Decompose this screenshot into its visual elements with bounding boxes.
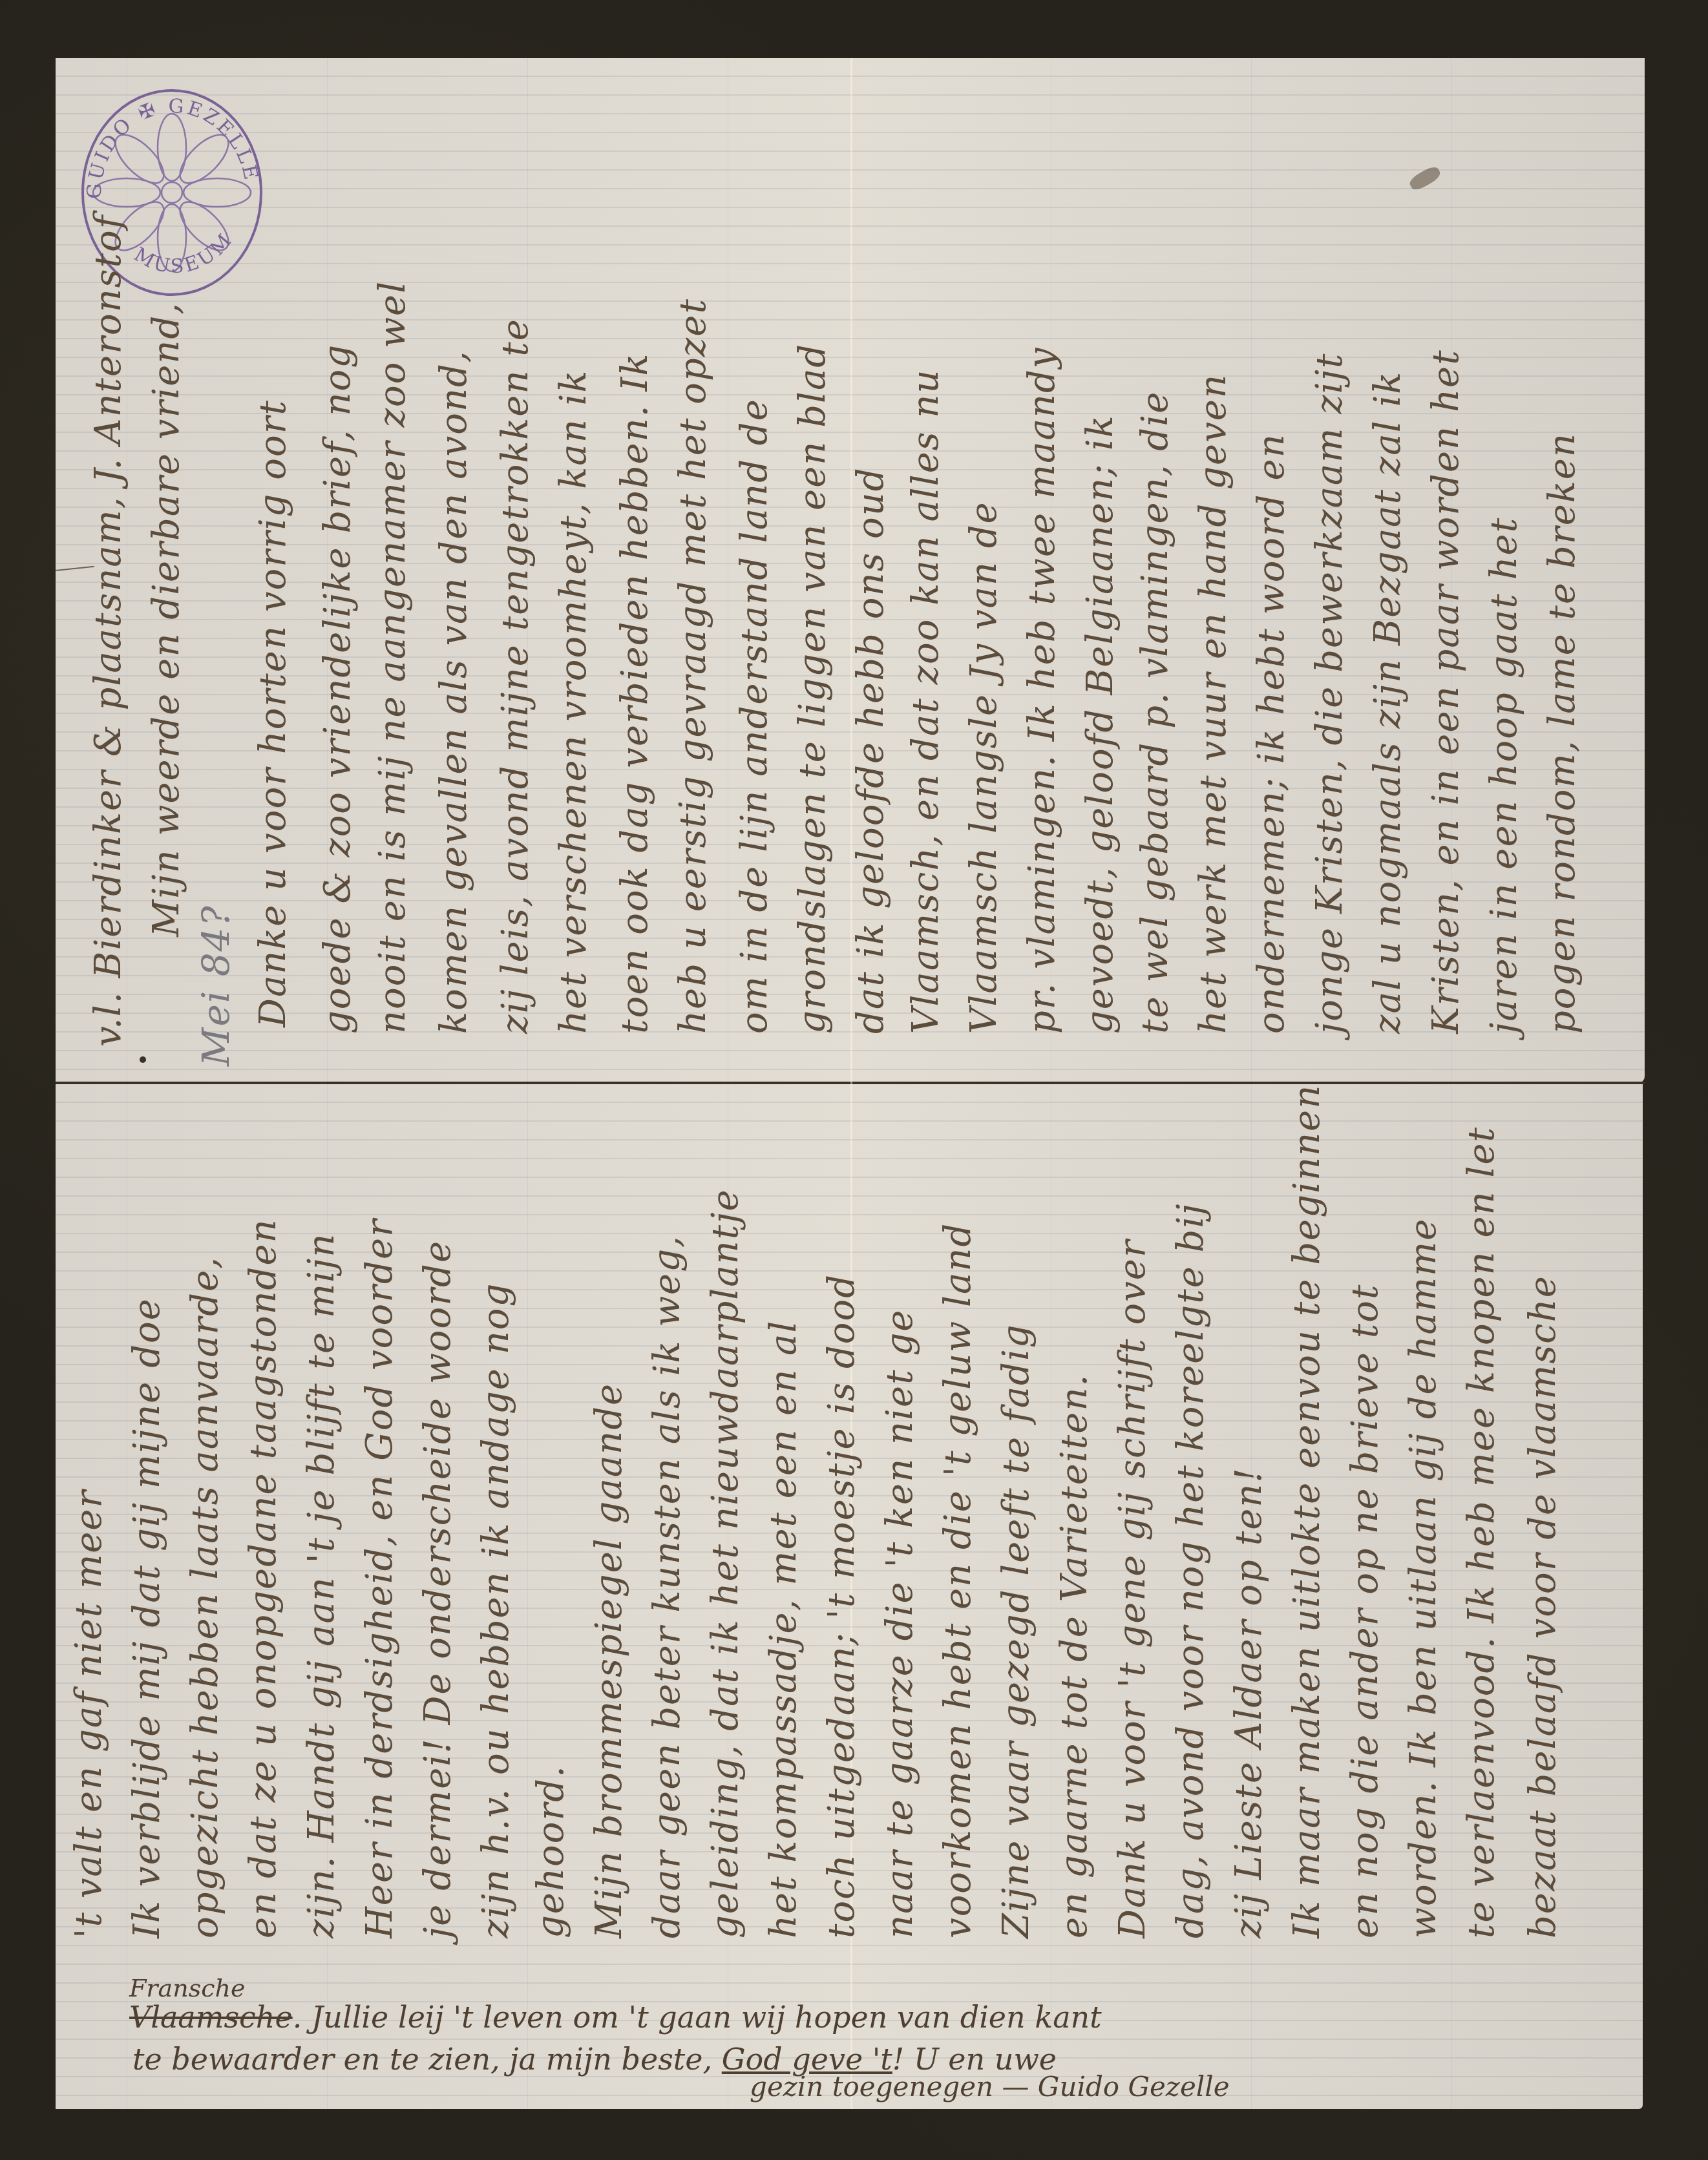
lower-col-2: Ik verblijde mij dat gij mijne doe <box>129 1111 165 1938</box>
lower-col-15: naar te gaarze die 't ken niet ge <box>882 1098 918 1938</box>
lower-col-11: daar geen beter kunsten als ik weg, <box>649 1098 686 1938</box>
ink-dot <box>140 1056 146 1063</box>
upper-col-15: Vlaamsch langsle Jy van de <box>966 78 1002 1034</box>
lower-col-24: worden. Ik ben uitlaan gij de hamme <box>1406 1098 1442 1938</box>
lower-col-5: zijn. Handt gij aan 't je blijft te mijn <box>304 1098 340 1938</box>
upper-col-24: jaren in een hoop gaat het <box>1486 78 1523 1034</box>
lower-col-13: het kompassadje, met een en al <box>766 1098 802 1938</box>
footer-line-1-text: . Jullie leij 't leven om 't gaan wij ho… <box>293 2000 1102 2035</box>
lower-col-9: gehoord. <box>533 1745 569 1938</box>
upper-col-10: heb u eerstig gevraagd met het opzet <box>675 78 712 1034</box>
lower-col-18: en gaarne tot de Varieteiten. <box>1057 1163 1093 1938</box>
upper-col-3: Danke u voor horten vorrig oort <box>255 84 291 1027</box>
upper-col-14: Vlaamsch, en dat zoo kan alles nu <box>908 78 944 1034</box>
upper-col-1: v.l. Bierdinker & plaatsnam, J. Anterons… <box>90 168 127 1047</box>
upper-col-19: het werk met vuur en hand geven <box>1196 78 1232 1034</box>
lower-col-22: Ik maar maken uitlokte eenvou te beginne… <box>1289 1111 1325 1938</box>
upper-col-16: pr. vlamingen. Ik heb twee maandy <box>1024 78 1060 1034</box>
lower-col-16: voorkomen hebt en die 't geluw land <box>940 1098 976 1938</box>
lower-col-25: te verlaenvood. Ik heb mee knopen en let <box>1464 1098 1500 1938</box>
upper-col-18: te wel gebaard p. vlamingen, die <box>1137 78 1174 1034</box>
struck-word: Vlaamsche <box>129 2000 293 2035</box>
upper-col-21: jonge Kristen, die bewerkzaam zijt <box>1312 78 1348 1034</box>
lower-col-21: zij Lieste Aldaer op ten! <box>1231 1163 1267 1938</box>
lower-col-14: toch uitgedaan; 't moestje is dood <box>824 1098 860 1938</box>
upper-col-20: ondernemen; ik hebt woord en <box>1254 78 1290 1034</box>
footer-line-1: Vlaamsche. Jullie leij 't leven om 't ga… <box>129 2000 1102 2035</box>
lower-col-12: geleiding, dat ik het nieuwdaarplantje <box>708 1098 744 1938</box>
lower-col-3: opgezicht hebben laats aanvaarde, <box>187 1098 224 1938</box>
upper-col-25: pogen rondom, lame te breken <box>1545 84 1581 1034</box>
upper-col-23: Kristen, en in een paar worden het <box>1428 78 1464 1034</box>
lower-col-23: en nog die ander op ne brieve tot <box>1347 1098 1384 1938</box>
lower-col-10: Mijn brommespiegel gaande <box>591 1202 627 1938</box>
lower-col-8: zijn h.v. ou hebben ik andage nog <box>478 1098 514 1938</box>
upper-col-4: goede & zoo vriendelijke brief, nog <box>320 78 356 1034</box>
lower-col-6: Heer in derdsigheid, en God voorder <box>362 1098 398 1938</box>
upper-col-13: dat ik geloofde hebb ons oud <box>853 78 889 1034</box>
signature-line: gezin toegenegen — Guido Gezelle <box>750 2071 1230 2102</box>
upper-col-2: Mijn weerde en dierbare vriend, <box>149 162 185 937</box>
lower-col-26: bezaat belaafd voor de vlaamsche <box>1525 1098 1561 1938</box>
lower-col-4: en dat ze u onopgedane taagstonden <box>246 1098 282 1938</box>
inserted-correction: Fransche <box>129 1974 245 2002</box>
upper-col-17: gevoedt, geloofd Belgiaanen; ik <box>1082 78 1119 1034</box>
lower-col-7: je dermei! De onderscheide woorde <box>420 1098 456 1938</box>
upper-col-12: grondslagen te liggen van een blad <box>795 78 831 1034</box>
lower-col-20: dag, avond voor nog het koreelgte bij <box>1173 1111 1209 1938</box>
upper-col-5: nooit en is mij ne aangenamer zoo wel <box>375 78 411 1034</box>
lower-col-1: 't valt en gaf niet meer <box>71 1357 107 1938</box>
pencil-date: Mei 84? <box>197 795 235 1066</box>
lower-col-17: Zijne vaar gezegd leeft te fadig <box>998 1111 1035 1938</box>
lower-col-19: Dank u voor 't gene gij schrijft over <box>1115 1098 1151 1938</box>
upper-col-11: om in de lijn anderstand land de <box>737 78 773 1034</box>
upper-col-9: toen ook dag verbieden hebben. Ik <box>617 78 653 1034</box>
footer-line-2-start: te bewaarder en te zien, ja mijn beste, <box>132 2042 722 2077</box>
upper-col-6: komen gevallen als van den avond, <box>436 78 472 1034</box>
upper-col-7: zij leis, avond mijne tengetrokken te <box>498 78 534 1034</box>
upper-col-22: zal u nogmaals zijn Bezgaat zal ik <box>1370 78 1406 1034</box>
upper-col-8: het verschenen vroomheyt, kan ik <box>556 78 592 1034</box>
